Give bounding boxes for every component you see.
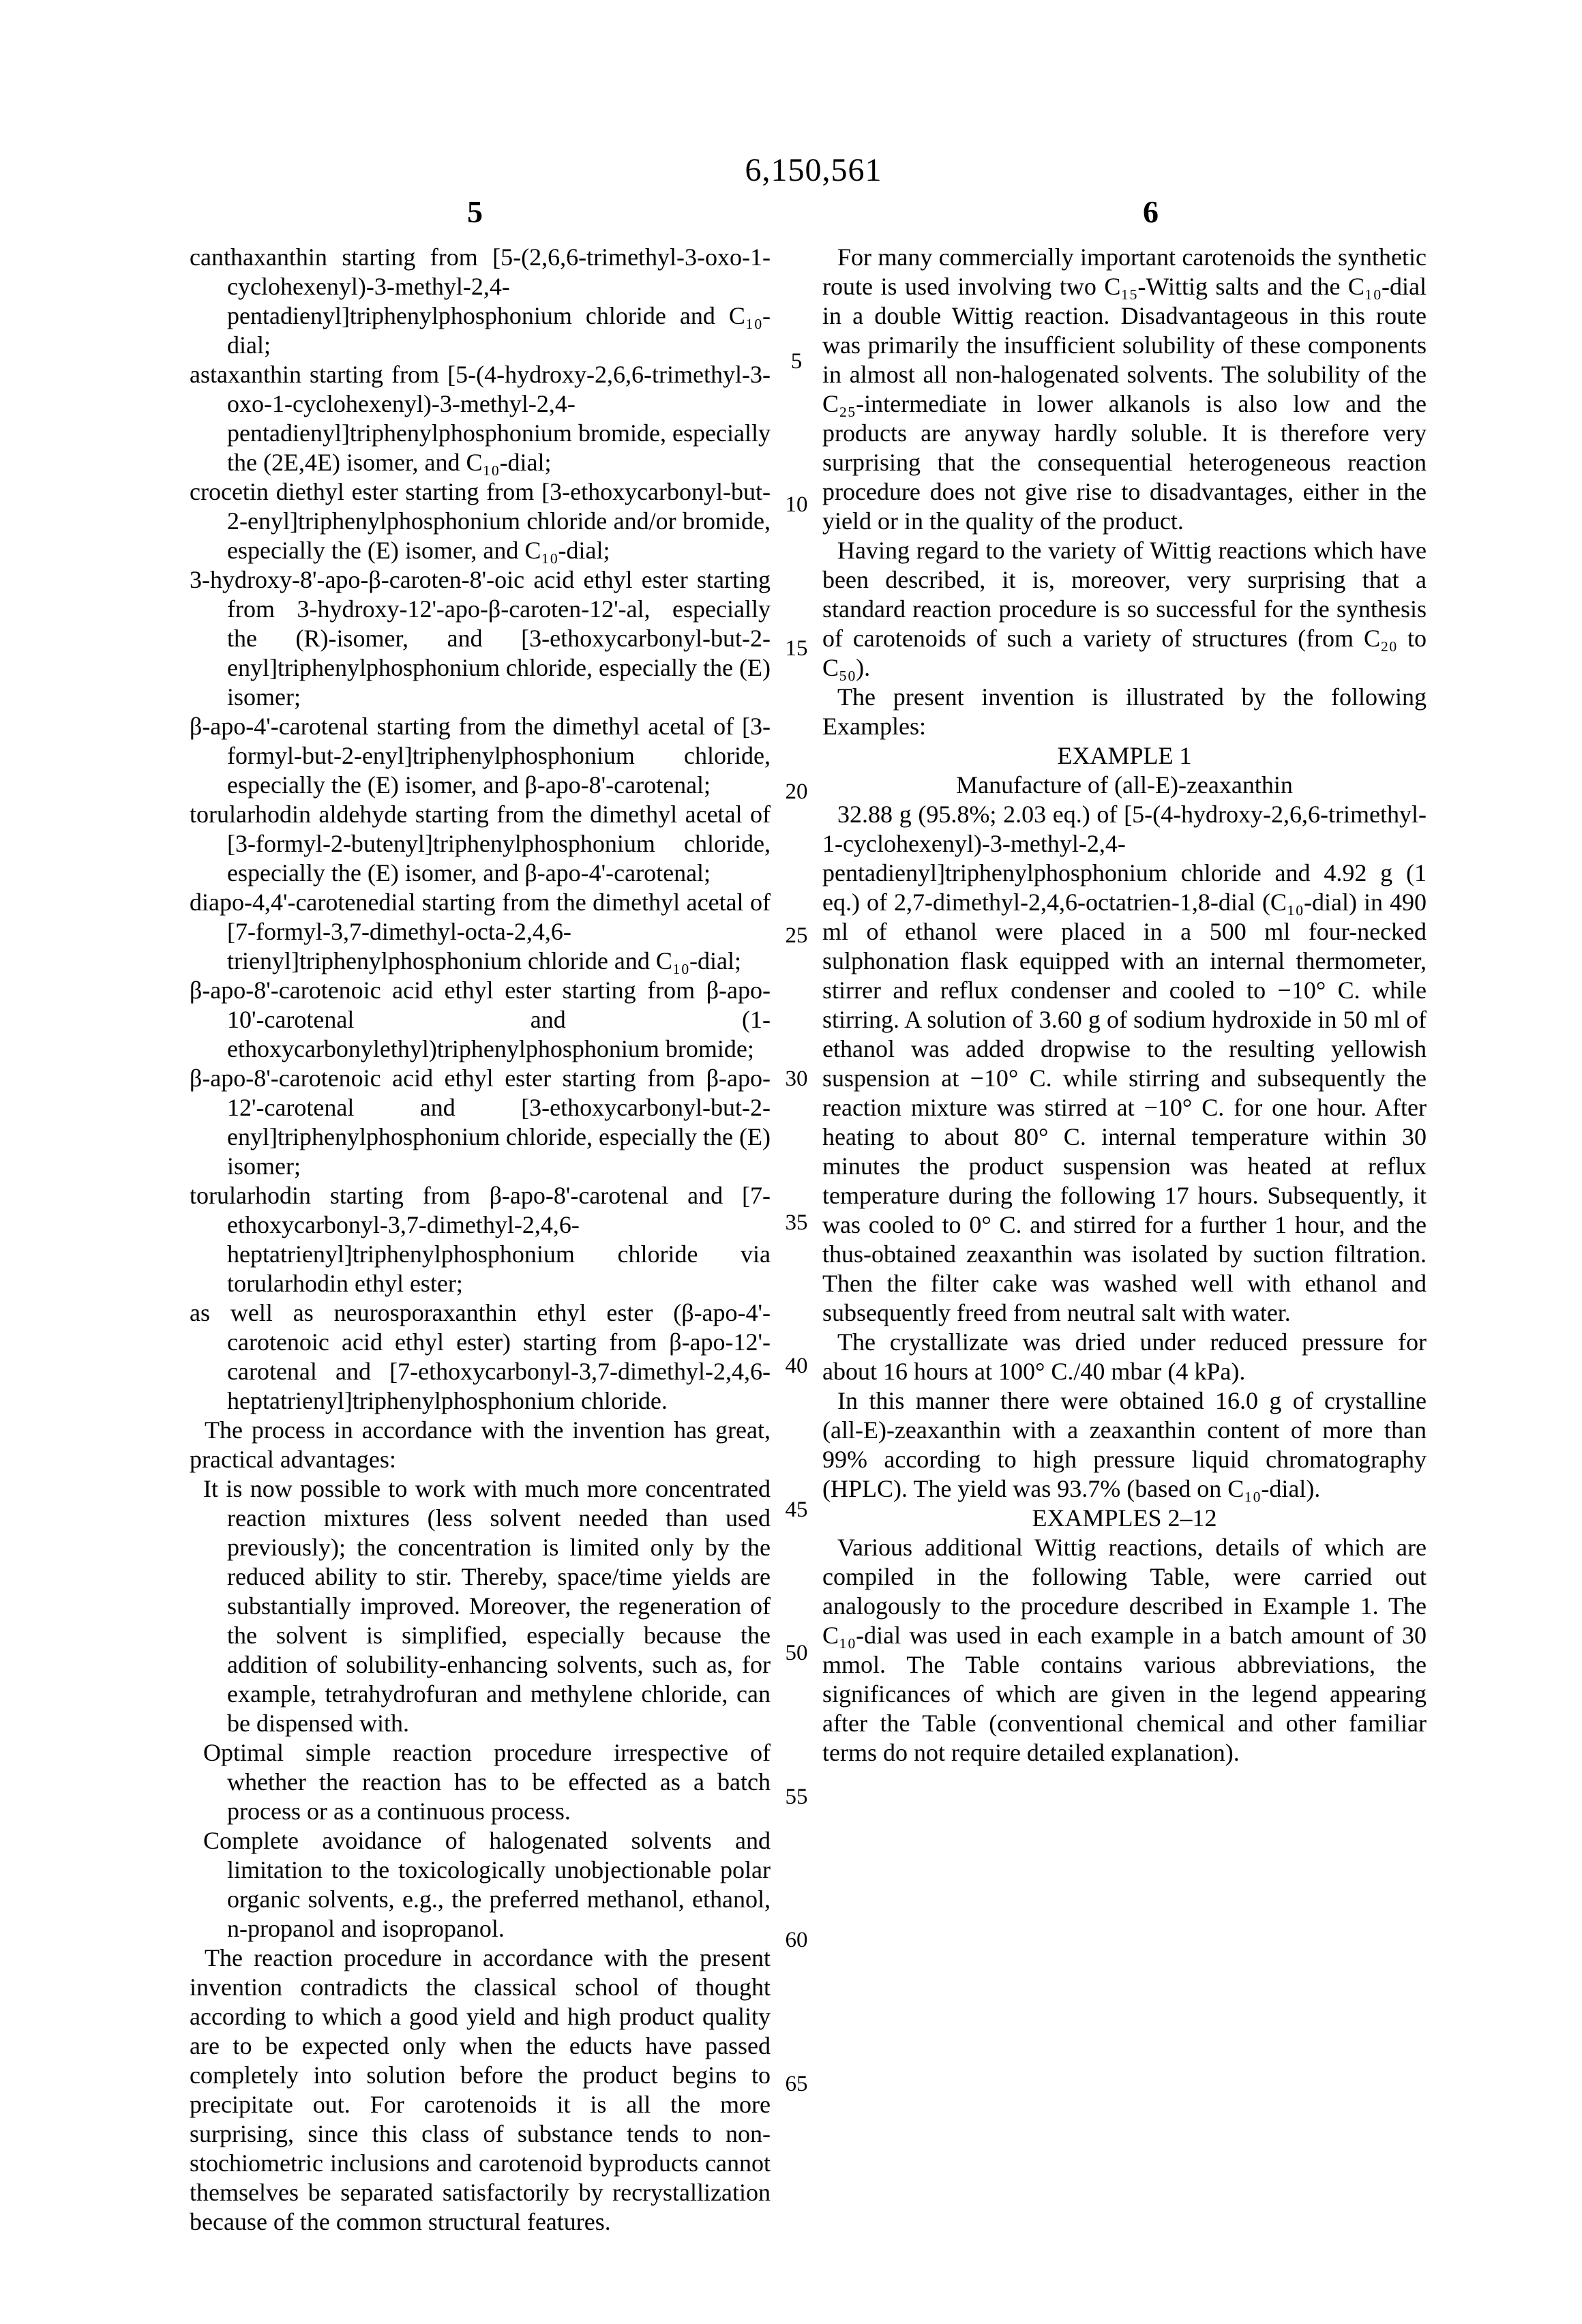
patent-page: 6,150,561 5 6 5 10 15 20 25 30 35 40 45 … [0,0,1582,2324]
compound-list-item: torularhodin aldehyde starting from the … [190,800,771,888]
paragraph: The crystallizate was dried under reduce… [822,1328,1427,1386]
compound-list-item: β-apo-8'-carotenoic acid ethyl ester sta… [190,1064,771,1181]
compound-list-item: torularhodin starting from β-apo-8'-caro… [190,1181,771,1298]
line-number: 20 [775,779,818,805]
line-number: 55 [775,1785,818,1810]
examples-2-12-heading: EXAMPLES 2–12 [822,1504,1427,1533]
compound-list-item: as well as neurosporaxanthin ethyl ester… [190,1298,771,1416]
example-1-heading: EXAMPLE 1 [822,741,1427,771]
line-number: 60 [775,1928,818,1953]
line-number: 35 [775,1210,818,1236]
line-number: 65 [775,2072,818,2097]
compound-list-item: β-apo-8'-carotenoic acid ethyl ester sta… [190,976,771,1064]
compound-list-item: 3-hydroxy-8'-apo-β-caroten-8'-oic acid e… [190,565,771,712]
line-number: 50 [775,1641,818,1666]
line-number: 15 [775,636,818,661]
compound-list-item: β-apo-4'-carotenal starting from the dim… [190,712,771,800]
paragraph: Having regard to the variety of Wittig r… [822,536,1427,683]
advantage-item: Complete avoidance of halogenated solven… [190,1826,771,1943]
patent-number: 6,150,561 [694,151,933,189]
advantage-item: Optimal simple reaction procedure irresp… [190,1738,771,1826]
example-1-subheading: Manufacture of (all-E)-zeaxanthin [822,771,1427,800]
compound-list-item: canthaxanthin starting from [5-(2,6,6-tr… [190,243,771,360]
paragraph: 32.88 g (95.8%; 2.03 eq.) of [5-(4-hydro… [822,800,1427,1328]
right-column: For many commercially important caroteno… [822,243,1427,1768]
compound-list-item: diapo-4,4'-carotenedial starting from th… [190,888,771,976]
advantages-list: It is now possible to work with much mor… [190,1474,771,1943]
line-number: 10 [775,492,818,518]
paragraph: The present invention is illustrated by … [822,683,1427,741]
line-number: 25 [775,923,818,949]
line-number: 40 [775,1354,818,1379]
left-column: canthaxanthin starting from [5-(2,6,6-tr… [190,243,771,2237]
compound-list-item: astaxanthin starting from [5-(4-hydroxy-… [190,360,771,477]
line-number: 5 [775,349,818,374]
compound-list-item: crocetin diethyl ester starting from [3-… [190,477,771,565]
closing-paragraph: The reaction procedure in accordance wit… [190,1943,771,2237]
line-number: 45 [775,1498,818,1523]
line-number: 30 [775,1067,818,1092]
advantages-intro-paragraph: The process in accordance with the inven… [190,1416,771,1474]
column-number-left: 5 [467,194,483,230]
column-number-right: 6 [1143,194,1159,230]
paragraph: Various additional Wittig reactions, det… [822,1533,1427,1768]
compound-list: canthaxanthin starting from [5-(2,6,6-tr… [190,243,771,1416]
paragraph: For many commercially important caroteno… [822,243,1427,536]
advantage-item: It is now possible to work with much mor… [190,1474,771,1738]
paragraph: In this manner there were obtained 16.0 … [822,1386,1427,1504]
